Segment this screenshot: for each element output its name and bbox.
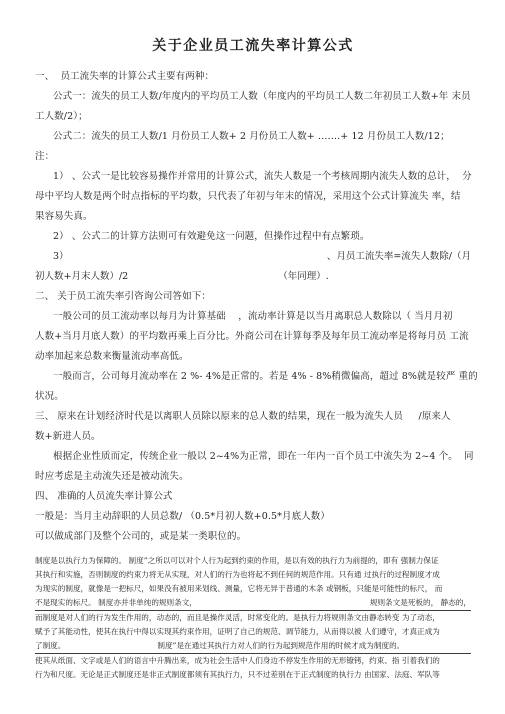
ruled-line-1: 不是现实的标尺。 制度亦并非单纯的规则条文， 规则条文是死板的， 静态的，	[35, 596, 471, 611]
body-line: 一、 员工流失率的计算公式主要有两种：	[35, 67, 471, 87]
note-line-2: 2） 、公式二的计算方法则可有效避免这一问题，但操作过程中有点繁琐。	[35, 227, 471, 247]
body-line: 可以做成部门及整个公司的，或是某一类职位的。	[35, 527, 471, 547]
body-line: 根据企业性质而定，传统企业一般以 2~4%为正常，即在一年内一百个员工中流失为 …	[35, 447, 471, 467]
body-line: 人数+当月月底人数）的平均数再乘上百分比。外商公司在计算每季及每年员工流动率是将…	[35, 327, 471, 347]
body-line: 公式二：流失的员工人数/1 月份员工人数+ 2 月份员工人数+ .……+ 12 …	[35, 127, 471, 147]
body-line: 数+新进人员。	[35, 427, 471, 447]
fine-print-line: 赋予了其能动性，使其在执行中得以实现其约束作用，证明了自己的规范、调节能力，从而…	[35, 625, 471, 639]
ruled-line-2-left: 了制度。	[35, 639, 65, 653]
note-3-formula: 、月员工流失率=流失人数除/（月	[327, 247, 471, 267]
body-line: 一般而言，公司每月流动率在 2 %- 4%是正常的。若是 4% - 8%稍微偏高…	[35, 367, 471, 387]
fine-print-line: 为现实的制度，就像是一把标尺，如果没有被用来划线、测量，它将无异于普通的木条 或…	[35, 582, 471, 596]
fine-print-line: 行为和尺度。无论是正式制度还是非正式制度都须有其执行力，只不过差别在于正式制度的…	[35, 668, 471, 682]
ruled-line-2-right: 制度”是在通过其执行力对人们的行为起到规范作用的时候才成为制度的。	[157, 639, 404, 653]
fine-print-line: 而制度是对人们的行为发生作用的，动态的，而且是操作灵活，时常变化的。是执行力将规…	[35, 611, 471, 625]
note-3-formula-cont: 初人数+月末人数）/2	[35, 267, 128, 287]
document-page: 关于企业员工流失率计算公式 一、 员工流失率的计算公式主要有两种： 公式一：流失…	[0, 0, 505, 714]
section-4-heading: 四、 准确的人员流失率计算公式	[35, 487, 471, 507]
body-line: 时应考虑是主动流失还是被动流失。	[35, 467, 471, 487]
ruled-line-1-right: 规则条文是死板的， 静态的，	[370, 596, 471, 610]
note-line-1-end: 果容易失真。	[35, 207, 471, 227]
note-line-1: 1） 、公式一是比较容易操作并常用的计算公式，流失人数是一个考核周期内流失人数的…	[35, 167, 471, 187]
fine-print-line: 使其从纸面、文字或是人们的语言中升腾出来，成为社会生活中人们身边不停发生作用的无…	[35, 654, 471, 668]
body-line: 工人数/2）；	[35, 107, 471, 127]
section-2-heading: 二、 关于员工流失率引咨询公司答如下：	[35, 287, 471, 307]
ruled-line-2: 了制度。 制度”是在通过其执行力对人们的行为起到规范作用的时候才成为制度的。	[35, 639, 471, 654]
doc-title: 关于企业员工流失率计算公式	[35, 36, 471, 56]
note-3-remark: （年同理）.	[278, 267, 329, 287]
note-line-3-row: 3） 、月员工流失率=流失人数除/（月	[35, 247, 471, 267]
body-line: 状况。	[35, 387, 471, 407]
fine-print-line: 其执行和实施，否则制度的约束力将无从实现，对人们的行为也将起不到任何的规范作用。…	[35, 568, 471, 582]
section-3-heading: 三、 原来在计划经济时代是以离职人员除以原来的总人数的结果，现在一般为流失人员 …	[35, 407, 471, 427]
body-line: 一般是：当月主动辞职的人员总数/ （0.5*月初人数+0.5*月底人数）	[35, 507, 471, 527]
note-line-1-cont: 母中平均人数是两个时点指标的平均数，只代表了年初与年末的情况，采用这个公式计算流…	[35, 187, 471, 207]
note-3-label: 3）	[35, 247, 69, 267]
note-line-3-cont-row: 初人数+月末人数）/2 （年同理）.	[35, 267, 471, 287]
ruled-line-1-left: 不是现实的标尺。 制度亦并非单纯的规则条文，	[35, 596, 197, 610]
fine-print-line: 制度是以执行力为保障的。 制度”之所以可以对个人行为起到约束的作用，是以有效的执…	[35, 554, 471, 568]
body-line: 动率加起来总数来衡量流动率高低。	[35, 347, 471, 367]
body-line: 一般公司的员工流动率以每月为计算基础 ，流动率计算是以当月离职总人数除以（ 当月…	[35, 307, 471, 327]
body-line: 公式一：流失的员工人数/年度内的平均员工人数（年度内的平均员工人数二年初员工人数…	[35, 87, 471, 107]
note-label: 注：	[35, 147, 471, 167]
fine-print-block: 制度是以执行力为保障的。 制度”之所以可以对个人行为起到约束的作用，是以有效的执…	[35, 554, 471, 682]
